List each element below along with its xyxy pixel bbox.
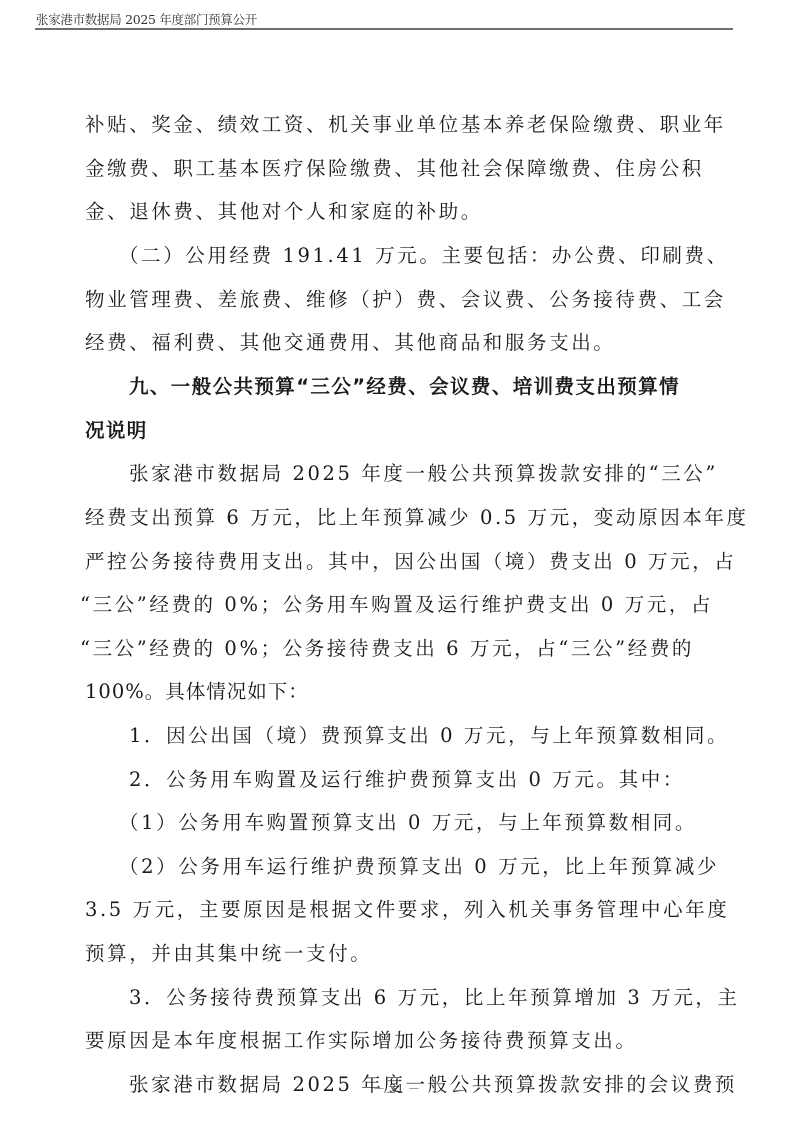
body-line: （2）公务用车运行维护费预算支出 0 万元，比上年预算减少 bbox=[119, 855, 719, 879]
body-line: “三公”经费的 0%；公务用车购置及运行维护费支出 0 万元，占 bbox=[80, 593, 713, 617]
page-header-title: 张家港市数据局 2025 年度部门预算公开 bbox=[36, 10, 257, 28]
body-line: 补贴、奖金、绩效工资、机关事业单位基本养老保险缴费、职业年 bbox=[85, 113, 726, 137]
body-line: 1．因公出国（境）费预算支出 0 万元，与上年预算数相同。 bbox=[129, 724, 729, 748]
body-line: 物业管理费、差旅费、维修（护）费、会议费、公务接待费、工会 bbox=[85, 288, 726, 312]
body-line: 金缴费、职工基本医疗保险缴费、其他社会保障缴费、住房公积 bbox=[85, 157, 704, 181]
header-divider bbox=[35, 28, 733, 30]
body-line: （1）公务用车购置预算支出 0 万元，与上年预算数相同。 bbox=[119, 811, 697, 835]
body-line: “三公”经费的 0%；公务接待费支出 6 万元，占“三公”经费的 bbox=[80, 637, 694, 661]
body-line: 要原因是本年度根据工作实际增加公务接待费预算支出。 bbox=[85, 1029, 638, 1053]
body-line: 100%。具体情况如下： bbox=[85, 680, 309, 704]
body-line: 经费、福利费、其他交通费用、其他商品和服务支出。 bbox=[85, 331, 615, 355]
body-line: 3．公务接待费预算支出 6 万元，比上年预算增加 3 万元，主 bbox=[129, 986, 740, 1010]
body-line: 经费支出预算 6 万元，比上年预算减少 0.5 万元，变动原因本年度 bbox=[85, 506, 749, 530]
body-line: 张家港市数据局 2025 年度一般公共预算拨款安排的“三公” bbox=[129, 462, 718, 486]
page-number: － 31 － bbox=[0, 1080, 793, 1097]
section-heading: 九、一般公共预算“三公”经费、会议费、培训费支出预算情 bbox=[129, 375, 680, 399]
body-line: 3.5 万元，主要原因是根据文件要求，列入机关事务管理中心年度 bbox=[85, 898, 729, 922]
body-line: 金、退休费、其他对个人和家庭的补助。 bbox=[85, 200, 483, 224]
body-line: （二）公用经费 191.41 万元。主要包括：办公费、印刷费、 bbox=[119, 244, 729, 268]
body-line: 预算，并由其集中统一支付。 bbox=[85, 942, 372, 966]
section-heading-cont: 况说明 bbox=[85, 419, 148, 443]
body-line: 2．公务用车购置及运行维护费预算支出 0 万元。其中： bbox=[129, 768, 685, 792]
body-line: 严控公务接待费用支出。其中，因公出国（境）费支出 0 万元，占 bbox=[85, 550, 736, 574]
